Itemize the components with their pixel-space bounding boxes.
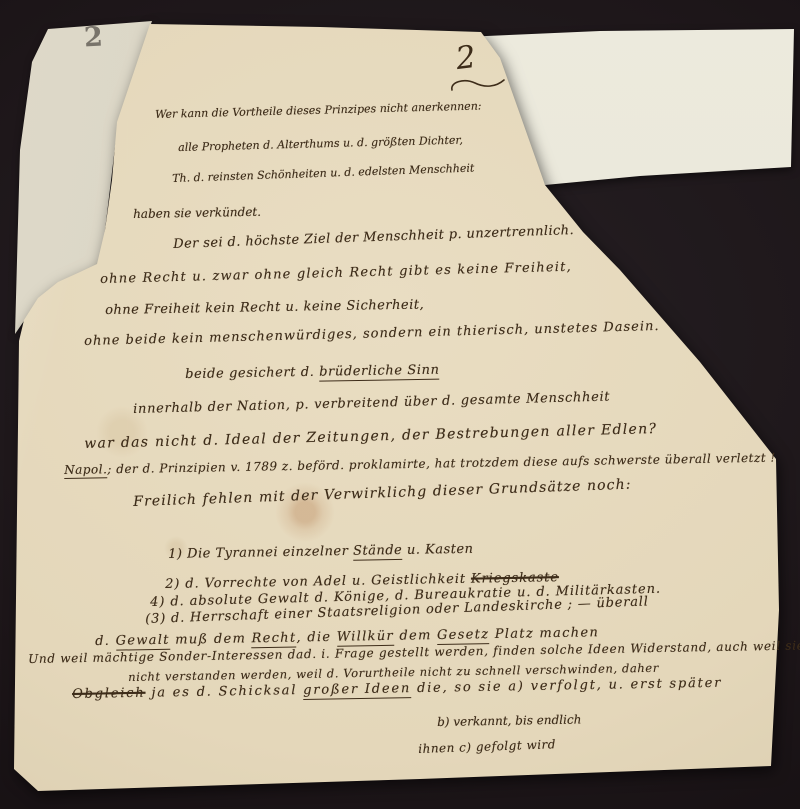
manuscript-text-segment: ohne beide kein menschenwürdiges, sonder… [84, 319, 660, 349]
manuscript-text-segment: brüderliche Sinn [319, 363, 440, 382]
manuscript-line: Wer kann die Vortheile dieses Prinzipes … [155, 99, 482, 121]
manuscript-text-segment: ohne Freiheit kein Recht u. keine Sicher… [105, 297, 424, 318]
manuscript-text-segment: Recht [251, 630, 296, 648]
manuscript-line: Napol.; der d. Prinzipien v. 1789 z. bef… [64, 451, 776, 477]
manuscript-text-segment: Wer kann die Vortheile dieses Prinzipes … [155, 99, 482, 121]
manuscript-line: ohne beide kein menschenwürdiges, sonder… [84, 319, 660, 349]
manuscript-text-segment: ja es d. Schicksal [145, 683, 303, 701]
manuscript-text-segment: Th. d. reinsten Schönheiten u. d. edelst… [172, 161, 474, 185]
manuscript-text-segment: Der sei d. höchste Ziel der Menschheit p… [173, 223, 574, 252]
manuscript-line: alle Propheten d. Alterthums u. d. größt… [178, 134, 463, 154]
manuscript-lines-layer: Wer kann die Vortheile dieses Prinzipes … [0, 0, 800, 809]
manuscript-line: ohne Freiheit kein Recht u. keine Sicher… [105, 297, 424, 318]
manuscript-line: haben sie verkündet. [133, 205, 261, 221]
manuscript-line: beide gesichert d. brüderliche Sinn [185, 363, 440, 382]
manuscript-text-segment: Obgleich [72, 686, 146, 702]
manuscript-text-segment: Gesetz [437, 627, 490, 645]
manuscript-text-segment: alle Propheten d. Alterthums u. d. größt… [178, 134, 463, 154]
manuscript-text-segment: Platz machen [489, 625, 599, 642]
manuscript-line: b) verkannt, bis endlich [437, 712, 581, 729]
manuscript-text-segment: Napol. [64, 462, 107, 479]
manuscript-text-segment: innerhalb der Nation, p. verbreitend übe… [133, 390, 610, 417]
manuscript-line: 1) Die Tyrannei einzelner Stände u. Kast… [168, 542, 474, 562]
manuscript-line: Th. d. reinsten Schönheiten u. d. edelst… [172, 161, 474, 185]
manuscript-text-segment: Gewalt [115, 633, 169, 651]
manuscript-line: Der sei d. höchste Ziel der Menschheit p… [173, 223, 574, 252]
manuscript-text-segment: u. Kasten [402, 542, 473, 558]
manuscript-line: war das nicht d. Ideal der Zeitungen, de… [84, 421, 657, 452]
manuscript-line: ihnen c) gefolgt wird [418, 737, 556, 756]
manuscript-text-segment: ohne Recht u. zwar ohne gleich Recht gib… [100, 260, 572, 287]
manuscript-text-segment: b) verkannt, bis endlich [437, 712, 581, 729]
manuscript-text-segment: großer Ideen [303, 681, 411, 700]
manuscript-text-segment: , die [296, 630, 337, 646]
manuscript-text-segment: d. [95, 634, 116, 649]
manuscript-photo: 2 2 Wer kann die Vortheile dieses Prinzi… [0, 0, 800, 809]
manuscript-text-segment: muß dem [170, 631, 252, 647]
manuscript-line: innerhalb der Nation, p. verbreitend übe… [133, 390, 610, 417]
manuscript-text-segment: ihnen c) gefolgt wird [418, 737, 556, 756]
manuscript-text-segment: beide gesichert d. [185, 365, 319, 382]
manuscript-text-segment: haben sie verkündet. [133, 205, 261, 221]
manuscript-text-segment: 1) Die Tyrannei einzelner [168, 544, 353, 562]
manuscript-text-segment: die, so sie a) verfolgt, u. erst später [411, 676, 722, 696]
manuscript-line: Freilich fehlen mit der Verwirklichg die… [133, 477, 632, 510]
manuscript-text-segment: Stände [353, 543, 403, 561]
manuscript-text-segment: dem [394, 628, 437, 644]
manuscript-text-segment: Willkür [337, 629, 394, 647]
manuscript-text-segment: Freilich fehlen mit der Verwirklichg die… [133, 477, 632, 510]
manuscript-text-segment: ; der d. Prinzipien v. 1789 z. beförd. p… [107, 451, 776, 477]
manuscript-text-segment: war das nicht d. Ideal der Zeitungen, de… [84, 421, 657, 452]
manuscript-line: ohne Recht u. zwar ohne gleich Recht gib… [100, 260, 572, 287]
